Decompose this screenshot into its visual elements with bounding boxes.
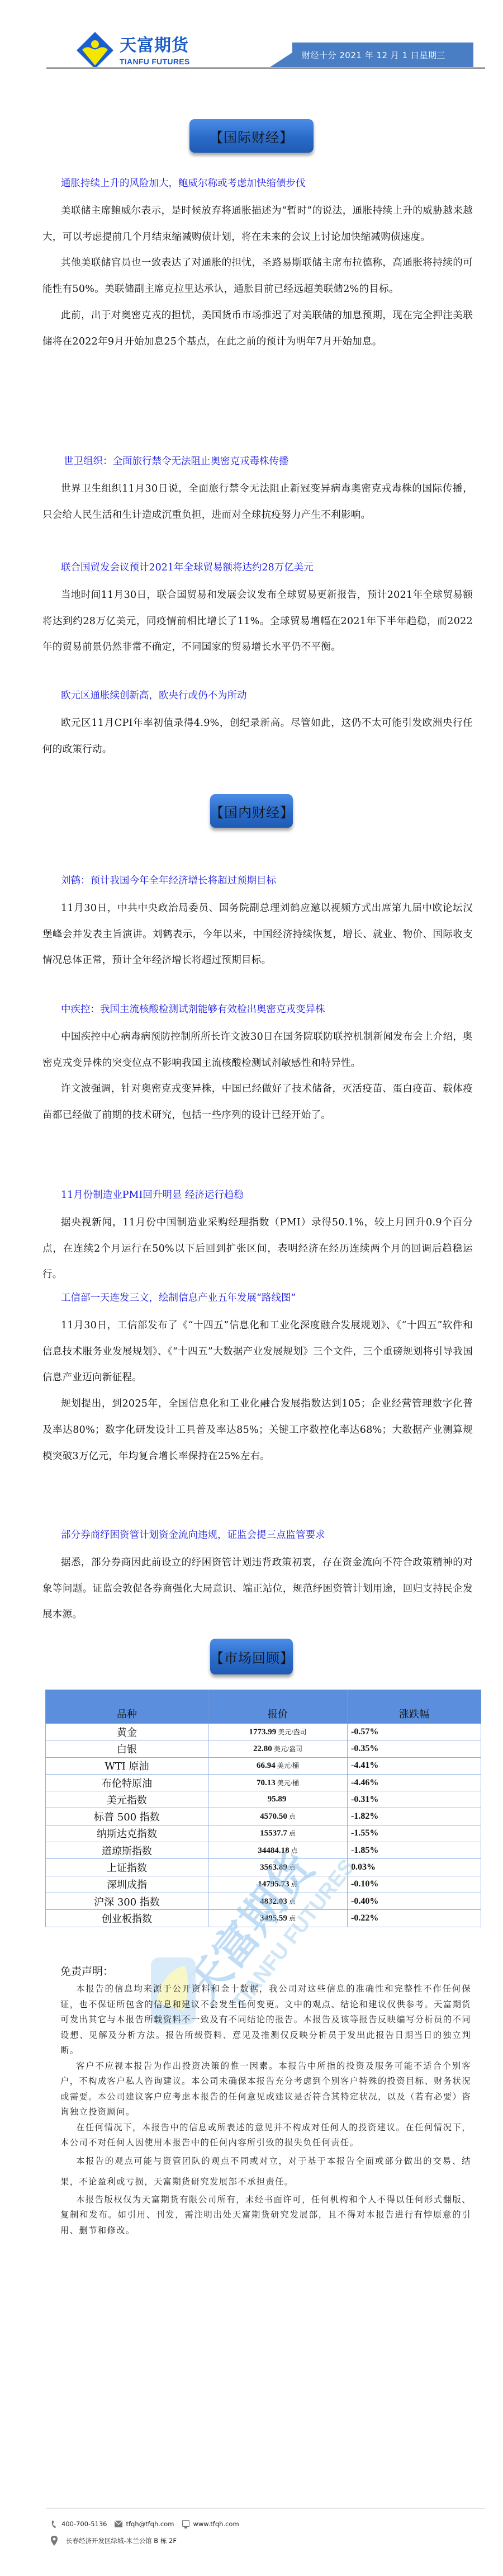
instrument-change: -0.40% — [348, 1893, 481, 1909]
article-headline: 世卫组织：全面旅行禁令无法阻止奥密克戎毒株传播 — [42, 455, 473, 468]
article-intl-4: 欧元区通胀续创新高，欧央行或仍不为所动 欧元区11月CPI年率初值录得4.9%，… — [42, 689, 473, 762]
article-paragraph: 据悉，部分券商因此前设立的纾困资管计划违背政策初衷，存在资金流向不符合政策精神的… — [42, 1550, 473, 1628]
article-headline: 通胀持续上升的风险加大，鲍威尔称或考虑加快缩债步伐 — [42, 177, 473, 190]
instrument-price: 95.89 — [208, 1791, 348, 1808]
instrument-name: 创业板指数 — [46, 1910, 208, 1927]
table-row: 美元指数95.89-0.31% — [46, 1791, 481, 1808]
article-intl-3: 联合国贸发会议预计2021年全球贸易额将达约28万亿美元 当地时间11月30日，… — [42, 561, 473, 660]
instrument-change: 0.03% — [348, 1859, 481, 1876]
monitor-icon — [182, 2520, 189, 2528]
section-title-international: 【国际财经】 — [189, 119, 314, 153]
instrument-name: 上证指数 — [46, 1859, 208, 1876]
instrument-name: 沪深 300 指数 — [46, 1893, 208, 1909]
instrument-price: 70.13美元/桶 — [208, 1774, 348, 1791]
article-headline: 欧元区通胀续创新高，欧央行或仍不为所动 — [42, 689, 473, 702]
disclaimer-paragraph: 在任何情况下，本报告中的信息或所表述的意见并不构成对任何人的投资建议。在任何情况… — [60, 2120, 471, 2151]
disclaimer-paragraph: 客户不应视本报告为作出投资决策的惟一因素。本报告中所指的投资及服务可能不适合个别… — [60, 2059, 471, 2120]
article-headline: 刘鹤：预计我国今年全年经济增长将超过预期目标 — [42, 874, 473, 888]
table-row: 深圳成指14795.73点-0.10% — [46, 1876, 481, 1893]
price-unit: 点 — [289, 1914, 296, 1922]
instrument-name: 白银 — [46, 1740, 208, 1757]
price-unit: 美元/桶 — [277, 1779, 299, 1787]
table-row: 白银22.80美元/盎司-0.35% — [46, 1740, 481, 1757]
price-value: 3495.59 — [260, 1914, 287, 1923]
location-pin-icon — [50, 2536, 58, 2545]
table-row: 标普 500 指数4570.50点-1.82% — [46, 1808, 481, 1825]
price-unit: 点 — [289, 1829, 296, 1837]
article-paragraph: 规划提出，到2025年，全国信息化和工业化融合发展指数达到105；企业经营管理数… — [42, 1391, 473, 1469]
column-header-price: 报价 — [208, 1690, 348, 1724]
instrument-change: -1.82% — [348, 1808, 481, 1825]
article-dom-5: 部分券商纾困资管计划资金流向违规，证监会提三点监管要求 据悉，部分券商因此前设立… — [42, 1528, 473, 1628]
article-intl-2: 世卫组织：全面旅行禁令无法阻止奥密克戎毒株传播 世界卫生组织11月30日说，全面… — [42, 455, 473, 528]
price-unit: 点 — [289, 1898, 296, 1905]
price-value: 66.94 — [257, 1761, 276, 1770]
instrument-name: 深圳成指 — [46, 1876, 208, 1893]
price-value: 15537.7 — [260, 1829, 287, 1838]
instrument-price: 3563.89点 — [208, 1859, 348, 1876]
table-row: 黄金1773.99美元/盎司-0.57% — [46, 1724, 481, 1740]
header-divider — [46, 67, 485, 69]
website-link[interactable]: www.tfqh.com — [193, 2520, 239, 2528]
article-paragraph: 当地时间11月30日，联合国贸易和发展会议发布全球贸易更新报告，预计2021年全… — [42, 582, 473, 660]
table-row: 布伦特原油70.13美元/桶-4.46% — [46, 1774, 481, 1791]
tianfu-logo-icon — [75, 31, 115, 70]
article-paragraph: 许文波强调，针对奥密克戎变异株，中国已经做好了技术储备，灭活疫苗、蛋白疫苗、载体… — [42, 1076, 473, 1128]
article-paragraph: 欧元区11月CPI年率初值录得4.9%，创纪录新高。尽管如此，这仍不太可能引发欧… — [42, 710, 473, 762]
price-unit: 美元/桶 — [277, 1762, 299, 1770]
phone-icon — [50, 2520, 58, 2528]
article-paragraph: 世界卫生组织11月30日说，全面旅行禁令无法阻止新冠变异病毒奥密克戎毒株的国际传… — [42, 476, 473, 528]
price-unit: 点 — [291, 1880, 298, 1888]
price-value: 4832.03 — [260, 1897, 287, 1906]
article-paragraph: 美联储主席鲍威尔表示，是时候放弃将通胀描述为“暂时”的说法，通胀持续上升的威胁越… — [42, 198, 473, 250]
footer-divider — [46, 2508, 485, 2508]
article-headline: 工信部一天连发三文，绘制信息产业五年发展“路线图” — [42, 1291, 473, 1305]
article-paragraph: 11月30日，中共中央政治局委员、国务院副总理刘鹤应邀以视频方式出席第九届中欧论… — [42, 895, 473, 974]
instrument-name: 布伦特原油 — [46, 1774, 208, 1791]
brand-name-en: TIANFU FUTURES — [120, 57, 190, 66]
article-paragraph: 11月30日，工信部发布了《“十四五”信息化和工业化深度融合发展规划》、《“十四… — [42, 1313, 473, 1391]
email-address[interactable]: tfqh@tfqh.com — [126, 2520, 174, 2528]
price-value: 4570.50 — [260, 1812, 287, 1821]
footer-website[interactable]: www.tfqh.com — [182, 2520, 239, 2528]
footer-address: 长春经济开发区绿城-米兰公馆 B 栋 2F — [50, 2536, 177, 2545]
table-row: 纳斯达克指数15537.7点-1.55% — [46, 1825, 481, 1842]
table-header-row: 品种 报价 涨跌幅 — [46, 1690, 481, 1724]
price-value: 1773.99 — [249, 1728, 276, 1737]
instrument-price: 4570.50点 — [208, 1808, 348, 1825]
footer-phone: 400-700-5136 — [50, 2520, 107, 2528]
disclaimer-paragraph: 本报告版权仅为天富期货有限公司所有，未经书面许可，任何机构和个人不得以任何形式翻… — [60, 2192, 471, 2239]
price-value: 3563.89 — [260, 1863, 287, 1872]
price-value: 14795.73 — [258, 1880, 289, 1889]
article-dom-1: 刘鹤：预计我国今年全年经济增长将超过预期目标 11月30日，中共中央政治局委员、… — [42, 874, 473, 974]
table-row: 沪深 300 指数4832.03点-0.40% — [46, 1893, 481, 1909]
phone-number: 400-700-5136 — [61, 2520, 107, 2528]
section-title-domestic: 【国内财经】 — [210, 794, 293, 828]
table-row: WTI 原油66.94美元/桶-4.41% — [46, 1757, 481, 1774]
instrument-change: -4.46% — [348, 1774, 481, 1791]
report-date: 财经十分 2021 年 12 月 1 日星期三 — [302, 49, 445, 61]
instrument-change: -0.10% — [348, 1876, 481, 1893]
report-header: 天富期货 TIANFU FUTURES 财经十分 2021 年 12 月 1 日… — [0, 0, 503, 73]
price-value: 22.80 — [253, 1744, 272, 1753]
instrument-price: 66.94美元/桶 — [208, 1757, 348, 1774]
instrument-change: -0.31% — [348, 1791, 481, 1808]
instrument-change: -0.57% — [348, 1724, 481, 1740]
disclaimer-paragraph: 本报告的信息均来源于公开资料和金十数据，我公司对这些信息的准确性和完整性不作任何… — [60, 1981, 471, 2059]
price-value: 34484.18 — [258, 1846, 289, 1855]
instrument-price: 15537.7点 — [208, 1825, 348, 1842]
instrument-name: 黄金 — [46, 1724, 208, 1740]
disclaimer: 免责声明： 本报告的信息均来源于公开资料和金十数据，我公司对这些信息的准确性和完… — [60, 1963, 471, 2238]
article-paragraph: 中国疾控中心病毒病预防控制所所长许文波30日在国务院联防联控机制新闻发布会上介绍… — [42, 1024, 473, 1076]
price-unit: 美元/盎司 — [278, 1728, 306, 1736]
table-row: 道琼斯指数34484.18点-1.85% — [46, 1842, 481, 1859]
article-paragraph: 据央视新闻，11月份中国制造业采购经理指数（PMI）录得50.1%，较上月回升0… — [42, 1210, 473, 1288]
disclaimer-title: 免责声明： — [60, 1963, 471, 1978]
article-headline: 联合国贸发会议预计2021年全球贸易额将达约28万亿美元 — [42, 561, 473, 574]
price-unit: 美元/盎司 — [274, 1745, 302, 1753]
instrument-name: 纳斯达克指数 — [46, 1825, 208, 1842]
article-headline: 中疾控：我国主流核酸检测试剂能够有效检出奥密克戎变异株 — [42, 1003, 473, 1016]
instrument-name: 道琼斯指数 — [46, 1842, 208, 1859]
article-intl-1: 通胀持续上升的风险加大，鲍威尔称或考虑加快缩债步伐 美联储主席鲍威尔表示，是时候… — [42, 177, 473, 355]
price-value: 95.89 — [268, 1795, 287, 1804]
brand-name-cn: 天富期货 — [120, 37, 189, 55]
column-header-instrument: 品种 — [46, 1690, 208, 1724]
instrument-change: -1.55% — [348, 1825, 481, 1842]
instrument-price: 4832.03点 — [208, 1893, 348, 1909]
table-row: 上证指数3563.89点0.03% — [46, 1859, 481, 1876]
footer-contacts: 400-700-5136 tfqh@tfqh.com www.tfqh.com — [50, 2520, 247, 2528]
instrument-price: 22.80美元/盎司 — [208, 1740, 348, 1757]
article-dom-2: 中疾控：我国主流核酸检测试剂能够有效检出奥密克戎变异株 中国疾控中心病毒病预防控… — [42, 1003, 473, 1129]
instrument-price: 34484.18点 — [208, 1842, 348, 1859]
article-paragraph: 其他美联储官员也一致表达了对通胀的担忧，圣路易斯联储主席布拉德称，高通胀将持续的… — [42, 250, 473, 302]
instrument-name: 美元指数 — [46, 1791, 208, 1808]
price-value: 70.13 — [257, 1778, 276, 1787]
instrument-change: -4.41% — [348, 1757, 481, 1774]
section-title-market: 【市场回顾】 — [210, 1639, 293, 1674]
article-paragraph: 此前，出于对奥密克戎的担忧，美国货币市场推迟了对美联储的加息预期，现在完全押注美… — [42, 303, 473, 355]
table-row: 创业板指数3495.59点-0.22% — [46, 1910, 481, 1927]
price-unit: 点 — [289, 1863, 296, 1871]
column-header-change: 涨跌幅 — [348, 1690, 481, 1724]
market-review-table: 品种 报价 涨跌幅 黄金1773.99美元/盎司-0.57% 白银22.80美元… — [45, 1690, 481, 1927]
article-dom-4: 工信部一天连发三文，绘制信息产业五年发展“路线图” 11月30日，工信部发布了《… — [42, 1291, 473, 1469]
instrument-name: WTI 原油 — [46, 1757, 208, 1774]
instrument-price: 14795.73点 — [208, 1876, 348, 1893]
address-text: 长春经济开发区绿城-米兰公馆 B 栋 2F — [66, 2536, 177, 2545]
disclaimer-paragraph: 本报告的观点可能与资管团队的观点不同或对立，对于基于本报告全面或部分做出的交易、… — [60, 2151, 471, 2192]
instrument-price: 3495.59点 — [208, 1910, 348, 1927]
instrument-change: -0.22% — [348, 1910, 481, 1927]
instrument-price: 1773.99美元/盎司 — [208, 1724, 348, 1740]
instrument-change: -0.35% — [348, 1740, 481, 1757]
instrument-change: -1.85% — [348, 1842, 481, 1859]
article-headline: 部分券商纾困资管计划资金流向违规，证监会提三点监管要求 — [42, 1528, 473, 1542]
article-headline: 11月份制造业PMI回升明显 经济运行趋稳 — [42, 1188, 473, 1202]
price-unit: 点 — [291, 1847, 298, 1855]
instrument-name: 标普 500 指数 — [46, 1808, 208, 1825]
footer-email[interactable]: tfqh@tfqh.com — [115, 2520, 174, 2528]
price-unit: 点 — [289, 1813, 296, 1820]
mail-icon — [115, 2520, 122, 2528]
article-dom-3: 11月份制造业PMI回升明显 经济运行趋稳 据央视新闻，11月份中国制造业采购经… — [42, 1188, 473, 1288]
